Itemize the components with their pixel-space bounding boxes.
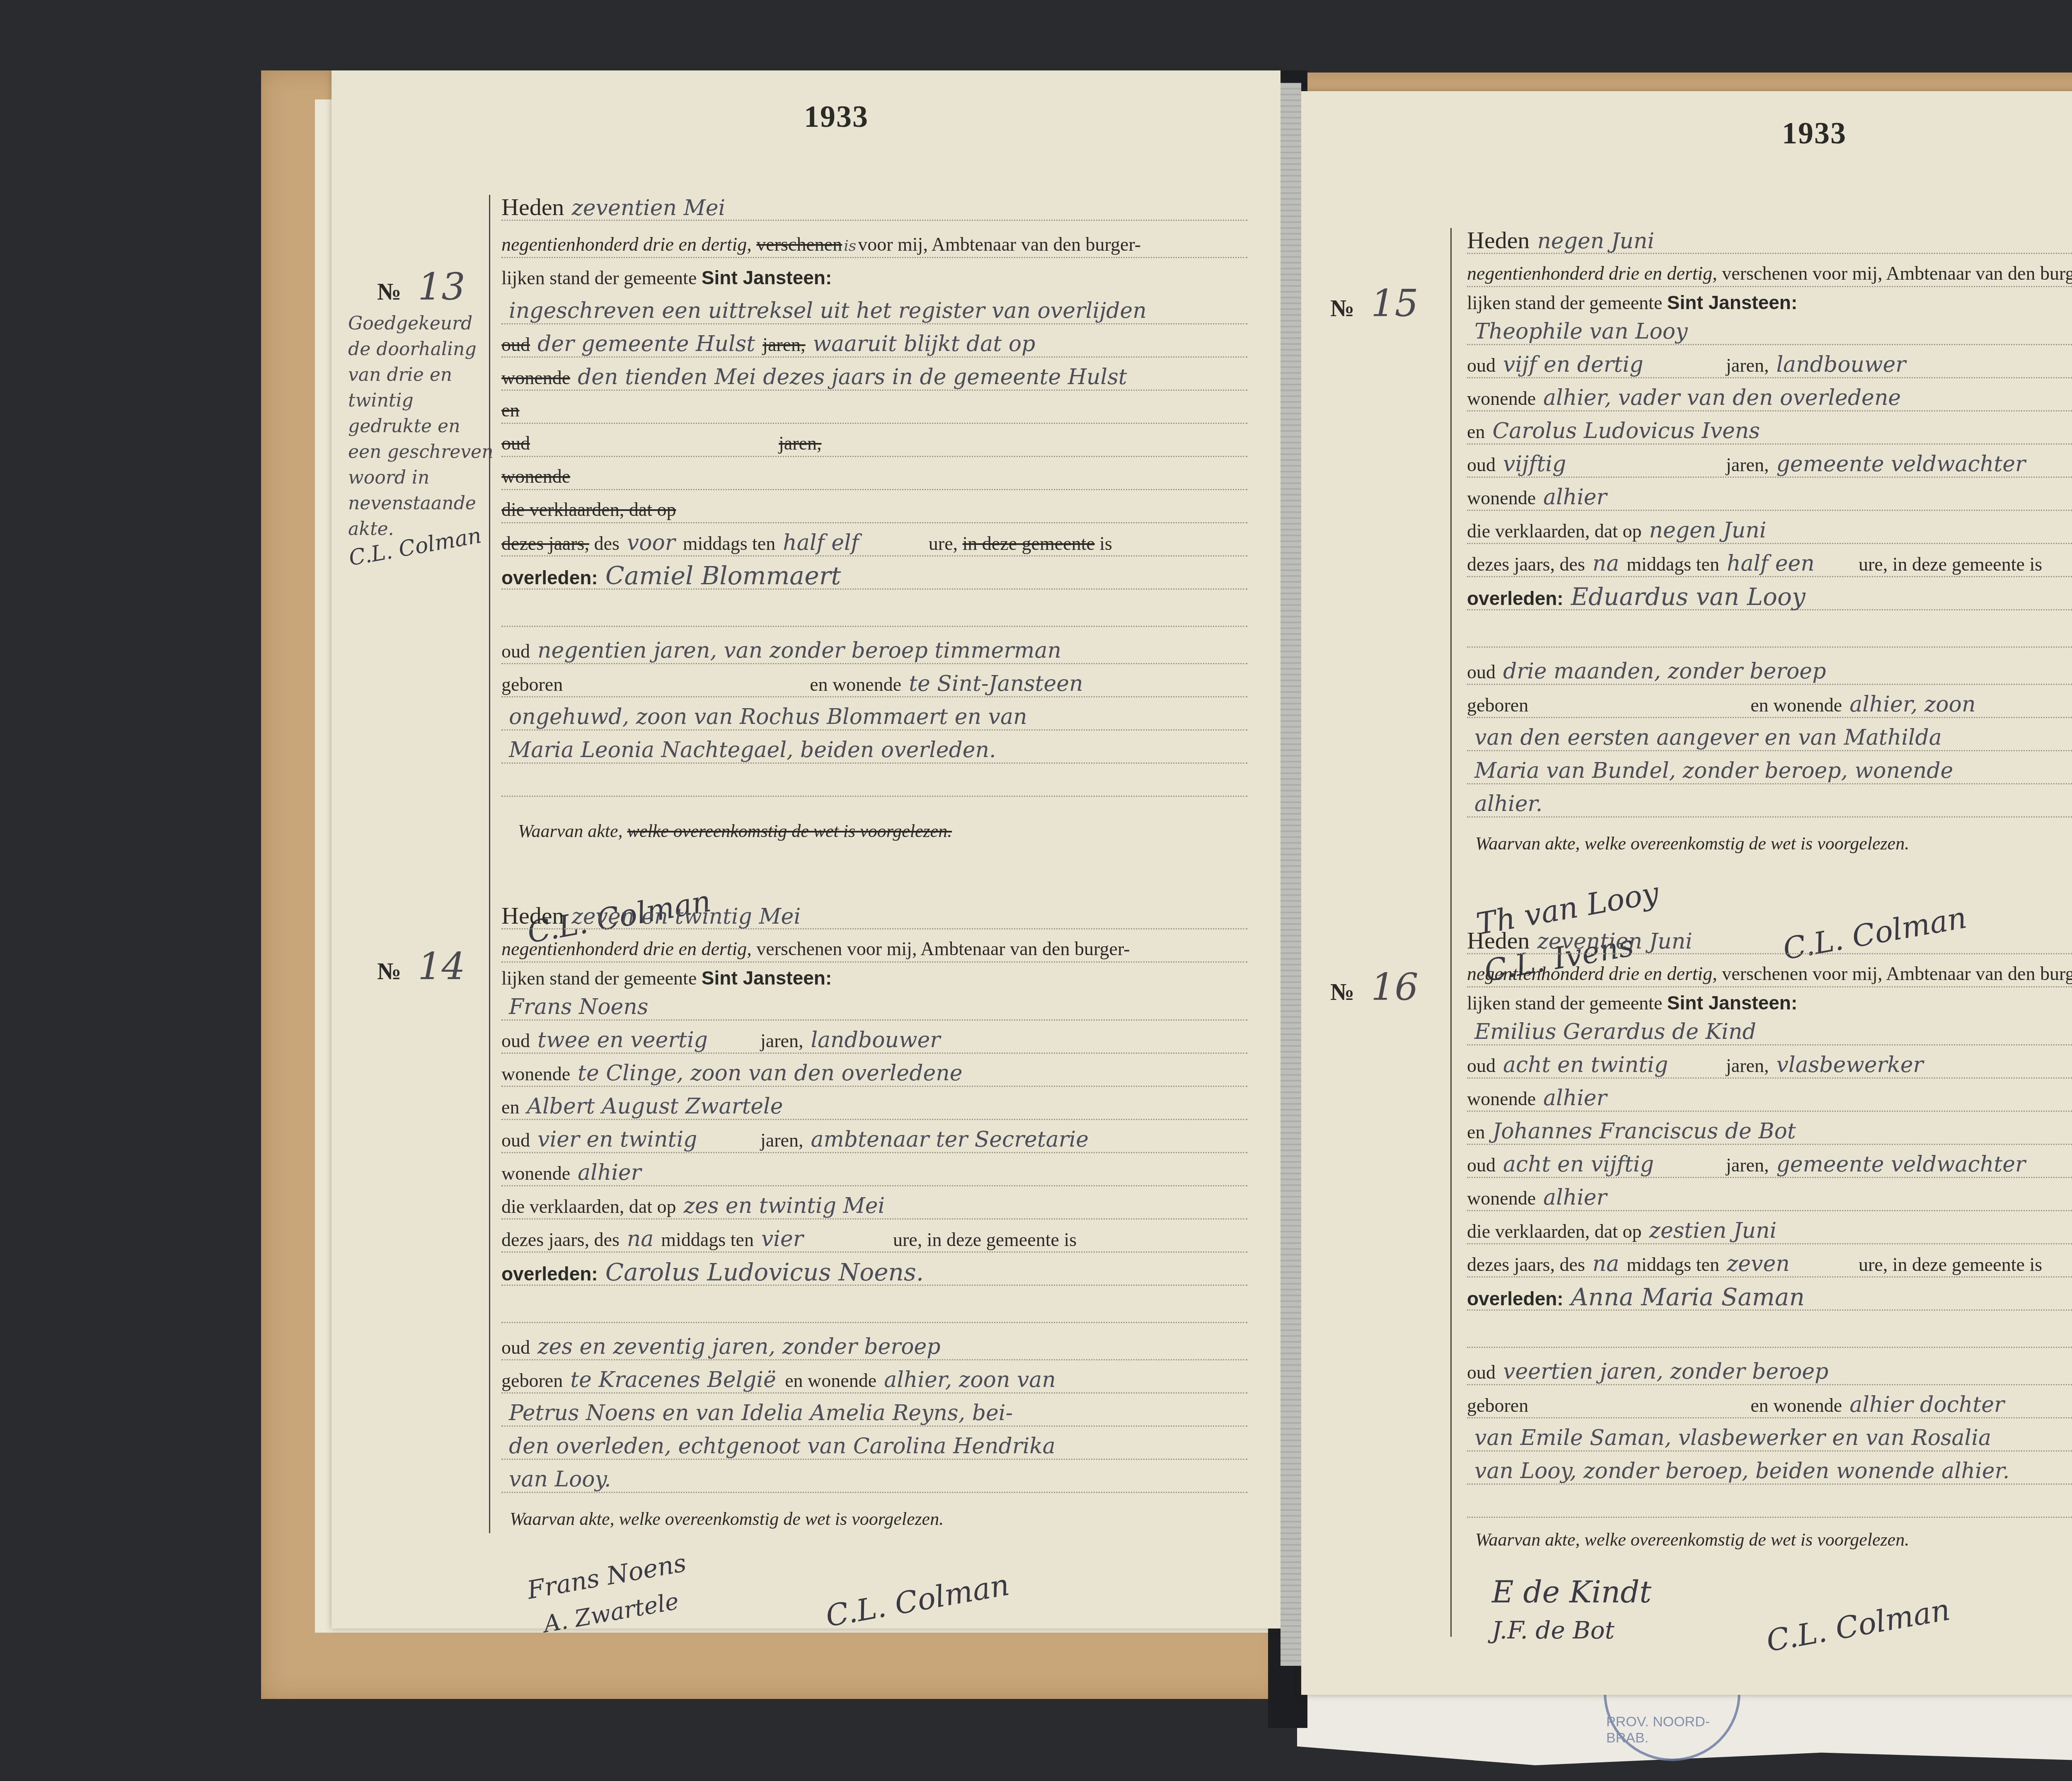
informant-signature-1: E de Kindt — [1492, 1575, 1651, 1609]
margin-rule — [1450, 228, 1452, 1637]
closing-statement-struck: Waarvan akte, welke overeenkomstig de we… — [518, 820, 952, 842]
entry-number-13: №13 — [377, 265, 465, 309]
registrar-signature: C.L. Colman — [823, 1567, 1012, 1634]
registrar-signature: C.L. Colman — [1764, 1592, 1953, 1659]
binding-tape — [1280, 83, 1301, 1666]
right-page: 1933 3 5 №15 Hedennegen Juni negentienho… — [1301, 91, 2072, 1695]
page-year: 1933 — [804, 99, 869, 135]
closing-statement: Waarvan akte, welke overeenkomstig de we… — [1475, 1529, 1909, 1550]
informant-signature-2: J.F. de Bot — [1492, 1616, 1615, 1644]
closing-statement: Waarvan akte, welke overeenkomstig de we… — [1475, 833, 1909, 854]
margin-note-approval: Goedgekeurd de doorhaling van drie en tw… — [348, 311, 497, 542]
closing-statement: Waarvan akte, welke overeenkomstig de we… — [510, 1508, 944, 1529]
left-page: 1933 №13 Goedgekeurd de doorhaling van d… — [332, 70, 1280, 1629]
entry-number-15: №15 — [1330, 282, 1418, 325]
page-year: 1933 — [1782, 116, 1847, 151]
entry-number-14: №14 — [377, 945, 465, 988]
entry-number-16: №16 — [1330, 966, 1418, 1009]
